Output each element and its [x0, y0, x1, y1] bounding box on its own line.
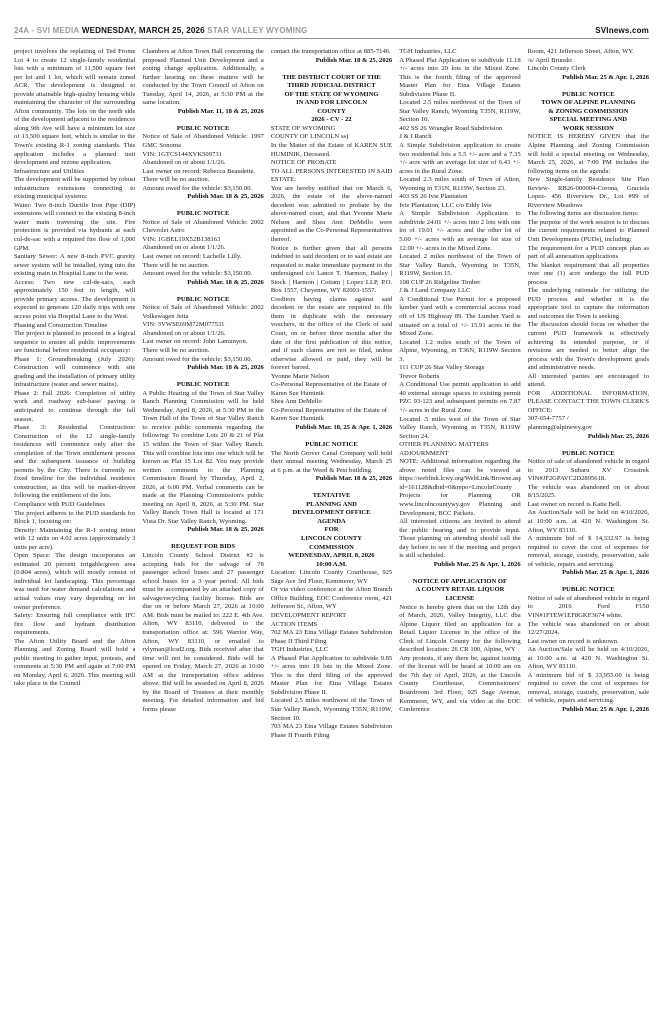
issue-date: WEDNESDAY, MARCH 25, 2026	[82, 26, 205, 35]
notice-heading-line: DEVELOPMENT OFFICE	[271, 509, 392, 518]
notice-heading-line: LICENSE	[399, 595, 520, 604]
notice-heading-line: PUBLIC NOTICE	[528, 586, 649, 595]
notice-heading-line: IN AND FOR LINCOLN	[271, 99, 392, 108]
notice-heading: REQUEST FOR BIDS	[142, 543, 263, 552]
region-label: STAR VALLEY WYOMING	[207, 26, 307, 35]
notice-paragraph: Phase 2: Fall 2026: Completion of utilit…	[14, 390, 135, 424]
notice-heading-line: PUBLIC NOTICE	[142, 210, 263, 219]
notice-paragraph: 703 MA 23 Etna Village Estates Subdivisi…	[271, 723, 392, 740]
notice-paragraph: Sanitary Sewer: A new 8-inch PVC gravity…	[14, 253, 135, 279]
notice-paragraph: 111 CUP 26 Star Valley Storage	[399, 364, 520, 373]
notice-paragraph: Infrastructure and Utilities	[14, 168, 135, 177]
notice-paragraph: OTHER PLANNING MATTERS	[399, 441, 520, 450]
notice-heading-line: COMMISSION	[271, 544, 392, 553]
masthead-left: 24A - SVI MEDIA WEDNESDAY, MARCH 25, 202…	[14, 26, 307, 35]
notice-paragraph: All interested parties are encouraged to…	[528, 373, 649, 390]
masthead-divider	[14, 38, 649, 39]
notice-paragraph: Last owner on record: Lachelle Lilly.	[142, 253, 263, 262]
column-5: Room, 421 Jefferson Street, Afton, WY./s…	[528, 48, 649, 723]
notice-heading: PUBLIC NOTICE	[142, 381, 263, 390]
notice-paragraph: A minimum bid of $ 14,332.97 is being re…	[528, 535, 649, 569]
notice-paragraph: 108 CUP 26 Ridgeline Timber	[399, 279, 520, 288]
notice-heading-line: & ZONING COMMISSION	[528, 108, 649, 117]
publish-line: Publish Mar. 25 & Apr. 1, 2026	[528, 74, 649, 83]
notice-paragraph: contact the transportation office at 885…	[271, 48, 392, 57]
notice-paragraph: There will be no auction.	[142, 176, 263, 185]
notice-heading: PUBLIC NOTICE	[528, 450, 649, 459]
notice-paragraph: The project adheres to the PUD standards…	[14, 510, 135, 527]
publish-line: Publish Mar. 18, 25 & Apr. 1, 2026	[271, 424, 392, 433]
notice-heading: PUBLIC NOTICE	[142, 296, 263, 305]
notice-paragraph: Karen Sue Huminik	[271, 390, 392, 399]
notice-paragraph: All interested citizens are invited to a…	[399, 518, 520, 561]
notice-heading-line: 10:00 A.M.	[271, 561, 392, 570]
notice-paragraph: Notice of sale of abandoned vehicle in r…	[528, 595, 649, 621]
notice-paragraph: A Simple Subdivision application to crea…	[399, 142, 520, 176]
notice-paragraph: The requirement for a PUD concept plan a…	[528, 245, 649, 262]
notice-paragraph: Notice of Sale of Abandoned Vehicle: 200…	[142, 219, 263, 236]
publish-line: Publish Mar. 18 & 25, 2026	[271, 57, 392, 66]
notice-paragraph: planning@alpinewy.gov	[528, 424, 649, 433]
notice-paragraph: An Auction/Sale will be held on 4/10/202…	[528, 509, 649, 535]
notice-paragraph: 403 SS 26 Ivie Plantation	[399, 193, 520, 202]
notice-paragraph: VIN: 1GBEL19X52B138163	[142, 236, 263, 245]
website-label: SVInews.com	[595, 26, 649, 35]
notice-paragraph: A Public Hearing of the Town of Star Val…	[142, 390, 263, 527]
notice-paragraph: Yvonne Marie Nelson	[271, 373, 392, 382]
notice-paragraph: Located 2.3 miles south of Town of Afton…	[399, 176, 520, 193]
notice-paragraph: Trevor Roberts	[399, 373, 520, 382]
notice-paragraph: New Single-family Residence Site Plan Re…	[528, 176, 649, 210]
column-1: project involves the replatting of Ted F…	[14, 48, 135, 689]
notice-paragraph: Lincoln County School District #2 is acc…	[142, 552, 263, 714]
notice-paragraph: Phasing and Construction Timeline	[14, 322, 135, 331]
columns: project involves the replatting of Ted F…	[14, 48, 649, 740]
notice-paragraph: Notice of Sale of Abandoned Vehicle: 200…	[142, 304, 263, 321]
notice-heading: PUBLIC NOTICE	[528, 586, 649, 595]
notice-paragraph: TO ALL PERSONS INTERESTED IN SAID ESTATE…	[271, 168, 392, 185]
notice-paragraph: Located 1.2 miles south of the Town of A…	[399, 339, 520, 365]
notice-paragraph: Lincoln County Clerk	[528, 65, 649, 74]
notice-heading: PUBLIC NOTICETOWN OF ALPINE PLANNING& ZO…	[528, 91, 649, 134]
notice-paragraph: VIN: 1GTCS144XVK509731	[142, 151, 263, 160]
notice-paragraph: The discussion should focus on whether t…	[528, 321, 649, 372]
notice-paragraph: Phase 1: Groundbreaking (July 2026): Con…	[14, 356, 135, 390]
publish-line: Publish Mar. 25 & Apr. 1, 2026	[399, 561, 520, 570]
notice-paragraph: The North Grover Canal Company will hold…	[271, 450, 392, 476]
publish-line: Publish Mar. 18 & 25, 2026	[142, 193, 263, 202]
publish-line: Publish Mar. 11, 18 & 25, 2026	[142, 108, 263, 117]
newspaper-page: 24A - SVI MEDIA WEDNESDAY, MARCH 25, 202…	[0, 0, 663, 1024]
notice-paragraph: Water: Two 8-inch Ductile Iron Pipe (DIP…	[14, 202, 135, 253]
notice-heading: TENTATIVEPLANNING ANDDEVELOPMENT OFFICEA…	[271, 492, 392, 569]
notice-paragraph: You are hereby notified that on March 6,…	[271, 185, 392, 245]
notice-paragraph: Open Space: The design incorporates an e…	[14, 552, 135, 612]
notice-paragraph: TGH Industries, LLC	[271, 646, 392, 655]
notice-paragraph: There will be no auction.	[142, 347, 263, 356]
notice-heading-line: NOTICE OF APPLICATION OF	[399, 578, 520, 587]
publish-line: Publish Mar. 25 & Apr. 1, 2026	[528, 569, 649, 578]
notice-paragraph: NOTE: Additional information regarding t…	[399, 458, 520, 492]
notice-heading-line: SPECIAL MEETING AND	[528, 116, 649, 125]
notice-paragraph: The vehicle was abandoned on or about 12…	[528, 621, 649, 638]
notice-paragraph: Abandoned on or about 1/1/26.	[142, 330, 263, 339]
notice-heading: PUBLIC NOTICE	[142, 125, 263, 134]
notice-paragraph: The vehicle was abandoned on or about 8/…	[528, 484, 649, 501]
notice-paragraph: Abandoned on or about 1/1/26.	[142, 159, 263, 168]
notice-paragraph: The project is planned to proceed in a l…	[14, 330, 135, 356]
notice-paragraph: Karen Sue Huminik	[271, 415, 392, 424]
notice-paragraph: A Conditional Use Permit for a proposed …	[399, 296, 520, 339]
notice-paragraph: Compliance with PUD Guidelines	[14, 501, 135, 510]
notice-paragraph: Amount owed for the vehicle: $3,150.00.	[142, 270, 263, 279]
notice-paragraph: The underlying rationale for utilizing t…	[528, 287, 649, 321]
notice-heading-line: PUBLIC NOTICE	[142, 125, 263, 134]
notice-heading-line: OF THE STATE OF WYOMING	[271, 91, 392, 100]
notice-paragraph: STATE OF WYOMING	[271, 125, 392, 134]
notice-heading-line: FOR	[271, 526, 392, 535]
notice-paragraph: Notice of sale of abandoned vehicle in r…	[528, 458, 649, 484]
notice-heading-line: WORK SESSION	[528, 125, 649, 134]
notice-paragraph: Located 2.5 miles northwest of the Town …	[271, 697, 392, 723]
notice-heading-line: THIRD JUDICIAL DISTRICT	[271, 82, 392, 91]
notice-paragraph: 402 SS 26 Wrangler Road Subdivision	[399, 125, 520, 134]
notice-paragraph: The development will be supported by rob…	[14, 176, 135, 202]
notice-paragraph: Any protests, if any there be, against i…	[399, 655, 520, 715]
notice-paragraph: COUNTY OF LINCOLN ss)	[271, 133, 392, 142]
notice-heading: PUBLIC NOTICE	[271, 441, 392, 450]
notice-paragraph: FOR ADDITIONAL INFORMATION, PLEASE CONTA…	[528, 390, 649, 416]
notice-paragraph: Amount owed for the vehicle: $3,150.00.	[142, 185, 263, 194]
publish-line: Publish Mar. 18 & 25, 2026	[271, 475, 392, 484]
notice-paragraph: NOTICE IS HEREBY GIVEN that the Alpine P…	[528, 133, 649, 176]
notice-heading-line: COUNTY	[271, 108, 392, 117]
notice-paragraph: Shea Ann DeMello	[271, 398, 392, 407]
notice-heading-line: PUBLIC NOTICE	[271, 441, 392, 450]
notice-paragraph: Located 2 miles northwest of the Town of…	[399, 253, 520, 279]
notice-paragraph: Last owner on record: John Lamunyon.	[142, 338, 263, 347]
publish-line: Publish Mar. 18 & 25, 2026	[142, 279, 263, 288]
notice-heading-line: 2026 - CV - 22	[271, 116, 392, 125]
notice-paragraph: 307-654-7757 /	[528, 415, 649, 424]
column-4: TGH Industries, LLCA Phased Plat Applica…	[399, 48, 520, 715]
notice-paragraph: VIN: 3VWSE69M72M077531	[142, 321, 263, 330]
publish-line: Publish Mar. 18 & 25, 2026	[142, 526, 263, 535]
notice-paragraph: In the Matter of the Estate of KAREN SUE…	[271, 142, 392, 159]
notice-paragraph: J & J Land Company LLC	[399, 287, 520, 296]
notice-paragraph: The following items are discussion items…	[528, 210, 649, 219]
page-number-label: 24A - SVI MEDIA	[14, 26, 79, 35]
notice-heading-line: PUBLIC NOTICE	[142, 381, 263, 390]
notice-heading-line: WEDNESDAY, APRIL 8, 2026	[271, 552, 392, 561]
publish-line: Publish Mar. 18 & 25, 2026	[142, 364, 263, 373]
notice-paragraph: Safety: Ensuring full compliance with IF…	[14, 612, 135, 638]
notice-heading-line: TENTATIVE	[271, 492, 392, 501]
notice-paragraph: project involves the replatting of Ted F…	[14, 48, 135, 168]
notice-heading-line: THE DISTRICT COURT OF THE	[271, 74, 392, 83]
notice-paragraph: Creditors having claims against said dec…	[271, 296, 392, 373]
notice-heading-line: LINCOLN COUNTY	[271, 535, 392, 544]
notice-heading: NOTICE OF APPLICATION OFA COUNTY RETAIL …	[399, 578, 520, 604]
notice-paragraph: Co-Personal Representative of the Estate…	[271, 407, 392, 416]
notice-paragraph: A minimum bid of $ 33,955.00 is being re…	[528, 672, 649, 706]
notice-paragraph: Access: Two new cul-de-sacs, each approx…	[14, 279, 135, 322]
notice-heading: THE DISTRICT COURT OF THETHIRD JUDICIAL …	[271, 74, 392, 125]
notice-paragraph: The purpose of the work session is to di…	[528, 219, 649, 245]
notice-paragraph: DEVELOPMENT REPORT	[271, 612, 392, 621]
notice-paragraph: ACTION ITEMS	[271, 621, 392, 630]
notice-heading: PUBLIC NOTICE	[142, 210, 263, 219]
notice-paragraph: There will be no auction.	[142, 262, 263, 271]
notice-heading-line: PUBLIC NOTICE	[528, 91, 649, 100]
notice-paragraph: A Simple Subdivision Application to subd…	[399, 210, 520, 253]
notice-paragraph: A Conditional Use permit application to …	[399, 381, 520, 415]
publish-line: Publish Mar. 25, 2026	[528, 433, 649, 442]
notice-paragraph: Located 2.5 miles northwest of the Town …	[399, 99, 520, 125]
notice-paragraph: Co-Personal Representative of the Estate…	[271, 381, 392, 390]
notice-paragraph: J & I Ranch	[399, 133, 520, 142]
notice-paragraph: Abandoned on or about 1/1/26.	[142, 244, 263, 253]
notice-paragraph: Last owner on record: Rebecca Beaudette.	[142, 168, 263, 177]
notice-paragraph: An Auction/Sale will be held on 4/10/202…	[528, 646, 649, 672]
notice-paragraph: Ivie Plantation, LLC c/o Eddy Ivie	[399, 202, 520, 211]
notice-heading-line: PUBLIC NOTICE	[528, 450, 649, 459]
notice-paragraph: Last owner on record is unknown.	[528, 638, 649, 647]
notice-paragraph: Notice is further given that all persons…	[271, 245, 392, 296]
notice-paragraph: Phase 3: Residential Construction: Const…	[14, 424, 135, 501]
column-2: Chambers at Afton Town Hall concerning t…	[142, 48, 263, 714]
notice-paragraph: Projects for Planning OR www.lincolncoun…	[399, 492, 520, 518]
publish-line: Publish Mar. 25 & Apr. 1, 2026	[528, 706, 649, 715]
column-3: contact the transportation office at 885…	[271, 48, 392, 740]
notice-paragraph: Located .5 miles west of the Town of Sta…	[399, 416, 520, 442]
notice-heading-line: PLANNING AND	[271, 501, 392, 510]
notice-paragraph: Notice is hereby given that on the 12th …	[399, 604, 520, 655]
notice-paragraph: 702 MA 23 Etna Village Estates Subdivisi…	[271, 629, 392, 646]
notice-heading-line: A COUNTY RETAIL LIQUOR	[399, 586, 520, 595]
notice-heading-line: REQUEST FOR BIDS	[142, 543, 263, 552]
notice-paragraph: Last owner on record is Katie Bell.	[528, 501, 649, 510]
notice-paragraph: ADJOURNMENT	[399, 450, 520, 459]
notice-paragraph: A Phased Plat Application to subdivide 9…	[271, 655, 392, 698]
notice-heading-line: TOWN OF ALPINE PLANNING	[528, 99, 649, 108]
notice-paragraph: /s/ April Brunski	[528, 57, 649, 66]
notice-paragraph: Room, 421 Jefferson Street, Afton, WY.	[528, 48, 649, 57]
notice-paragraph: Location: Lincoln County Courthouse, 925…	[271, 569, 392, 586]
notice-paragraph: The blanket requirement that all propert…	[528, 262, 649, 288]
notice-paragraph: Density: Maintaining the R-1 zoning inte…	[14, 527, 135, 553]
notice-paragraph: Notice of Sale of Abandoned Vehicle: 199…	[142, 133, 263, 150]
notice-paragraph: NOTICE OF PROBATE	[271, 159, 392, 168]
masthead: 24A - SVI MEDIA WEDNESDAY, MARCH 25, 202…	[14, 26, 649, 38]
notice-heading-line: AGENDA	[271, 518, 392, 527]
notice-paragraph: The Afton Utility Board and the Afton Pl…	[14, 638, 135, 689]
notice-paragraph: A Phased Plat Application to subdivide 1…	[399, 57, 520, 100]
notice-paragraph: TGH Industries, LLC	[399, 48, 520, 57]
notice-paragraph: Chambers at Afton Town Hall concerning t…	[142, 48, 263, 108]
notice-paragraph: Or via video conference at the Afton Bra…	[271, 586, 392, 612]
notice-heading-line: PUBLIC NOTICE	[142, 296, 263, 305]
notice-paragraph: Amount owed for the vehicle: $3,150.00.	[142, 356, 263, 365]
